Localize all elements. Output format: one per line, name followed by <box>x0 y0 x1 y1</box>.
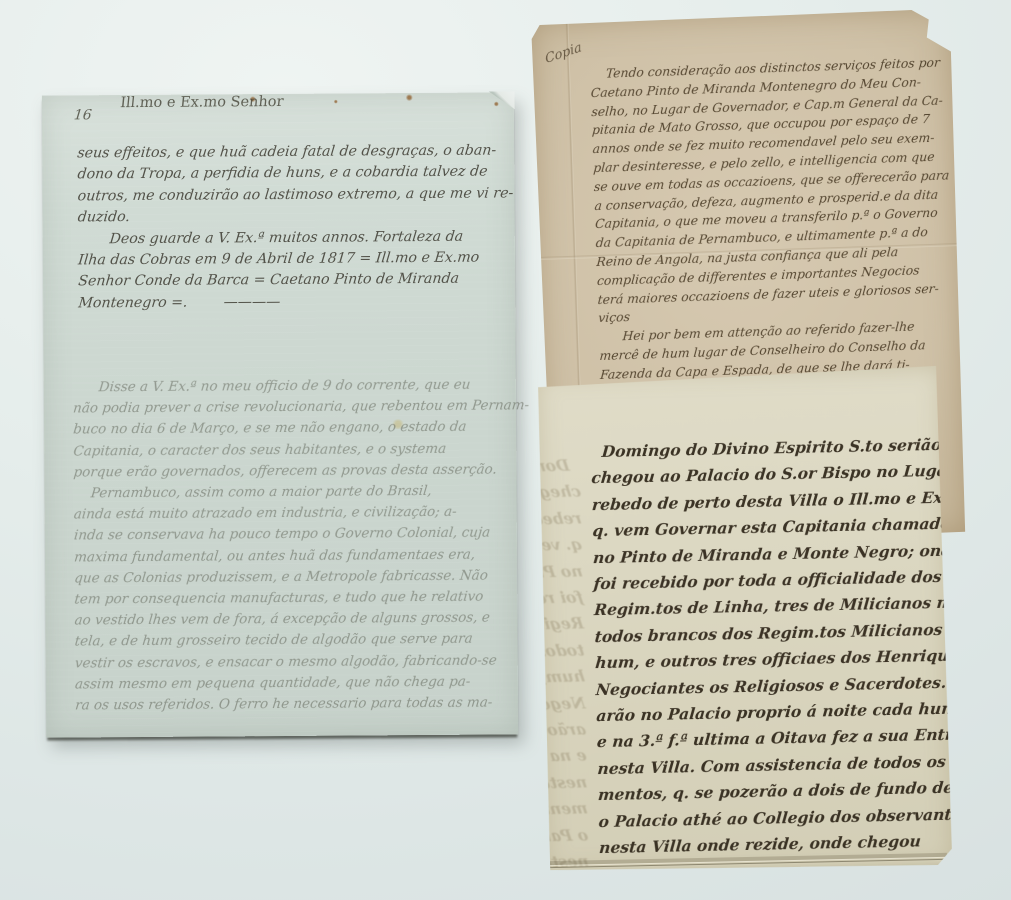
letter-closing-paragraph: seus effeitos, e que huã cadeia fatal de… <box>76 140 503 314</box>
manuscript-line: tela, e de hum grosseiro tecido de algod… <box>74 629 516 653</box>
manuscript-line: mentos, q. se pozerão a dois de fundo de… <box>242 796 589 830</box>
manuscript-line: buco no dia 6 de Março, e se me não enga… <box>72 417 514 441</box>
manuscript-line: o Palacio athé ao Collegio dos observant… <box>242 822 589 856</box>
photograph-of-manuscripts: 16 seus effeitos, e que huã cadeia fatal… <box>0 0 1011 900</box>
entry-lines: Domingo do Divino Espirito S.to serião 5… <box>589 432 932 861</box>
manuscript-line: nesta Villa. Com assistencia de todos os… <box>241 769 588 803</box>
manuscript-line: porque erão governados, offerecem as pro… <box>72 459 514 483</box>
manuscript-line: Montenegro =. ———— <box>77 290 505 314</box>
manuscript-line: Capitania, o caracter dos seus habitante… <box>72 438 514 462</box>
manuscript-line: vestir os escravos, e ensacar o mesmo al… <box>74 650 516 674</box>
manuscript-line: e na 3.ª f.ª ultima a Oitava fez a sua E… <box>241 743 588 777</box>
manuscript-page-left: 16 seus effeitos, e que huã cadeia fatal… <box>42 92 518 737</box>
foxing-spot <box>406 94 413 101</box>
manuscript-line: Senhor Conde da Barca = Caetano Pinto de… <box>77 269 505 293</box>
corner-annotation: Copia <box>544 40 583 67</box>
manuscript-line: dono da Tropa, a perfidia de huns, e a c… <box>76 162 504 186</box>
letter-body-text: Disse a V. Ex.ª no meu officio de 9 do c… <box>72 374 514 716</box>
manuscript-line: maxima fundamental, ou antes huã das fun… <box>73 544 515 568</box>
foxing-spot <box>494 101 499 106</box>
manuscript-page-entry-relation: Domingo do Divino Espirito S.to serião 5… <box>536 366 952 874</box>
manuscript-line: nesta Villa onde rezide, onde chegou <box>243 848 590 882</box>
salutation-line: Ill.mo e Ex.mo Senhor <box>41 93 363 111</box>
decree-text: Tendo consideração aos distinctos serviç… <box>589 54 933 384</box>
manuscript-line: Deos guarde a V. Ex.ª muitos annos. Fort… <box>77 226 505 250</box>
manuscript-line: inda se conservava ha pouco tempo o Gove… <box>73 523 515 547</box>
folded-corner <box>489 91 515 109</box>
entry-relation-text: Domingo do Divino Espirito S.to serião 5… <box>589 432 932 890</box>
manuscript-line: ra os usos referidos. O ferro he necessa… <box>74 692 516 716</box>
manuscript-line: duzido. <box>77 205 505 229</box>
